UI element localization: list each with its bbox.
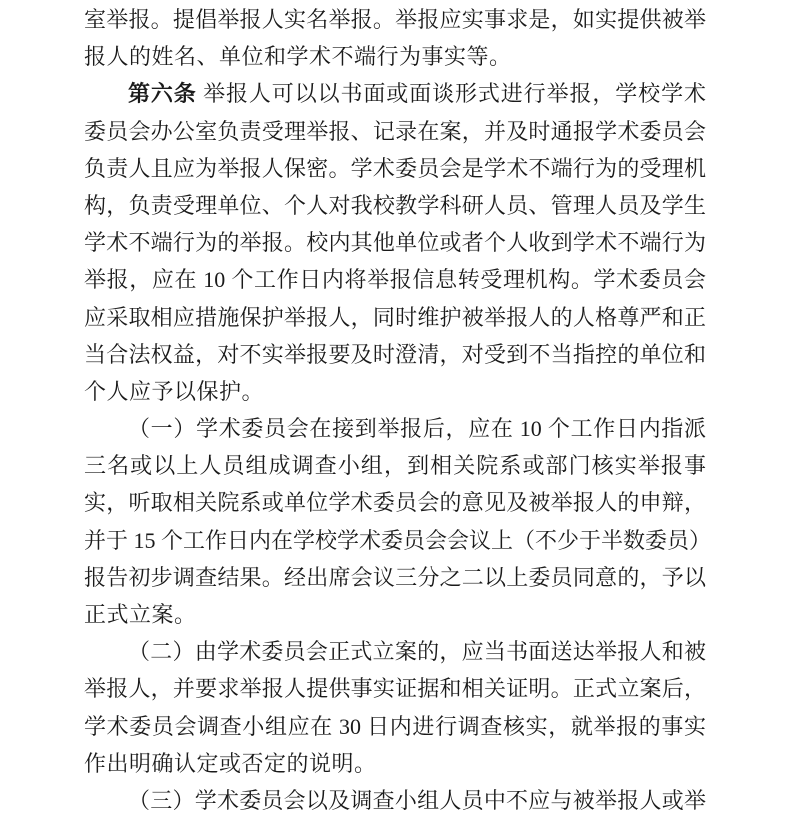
line-text: 应采取相应措施保护举报人，同时维护被举报人的人格尊严和正	[84, 305, 706, 330]
line-text: （二）由学术委员会正式立案的，应当书面送达举报人和被	[128, 639, 706, 664]
text-line: 学术不端行为的举报。校内其他单位或者个人收到学术不端行为	[84, 224, 706, 261]
text-line: 举报，应在 10 个工作日内将举报信息转受理机构。学术委员会	[84, 261, 706, 298]
line-text: 报告初步调查结果。经出席会议三分之二以上委员同意的，予以	[84, 565, 706, 590]
text-line: 室举报。提倡举报人实名举报。举报应实事求是，如实提供被举	[84, 1, 706, 38]
text-line: 实，听取相关院系或单位学术委员会的意见及被举报人的申辩，	[84, 484, 706, 521]
line-text: 学术不端行为的举报。校内其他单位或者个人收到学术不端行为	[84, 230, 706, 255]
line-text: 正式立案。	[84, 602, 197, 627]
text-line: 构，负责受理单位、个人对我校教学科研人员、管理人员及学生	[84, 187, 706, 224]
line-text: 学术委员会调查小组应在 30 日内进行调查核实，就举报的事实	[84, 714, 706, 739]
line-text: 实，听取相关院系或单位学术委员会的意见及被举报人的申辩，	[84, 490, 706, 515]
line-text: 室举报。提倡举报人实名举报。举报应实事求是，如实提供被举	[84, 7, 706, 32]
line-text: 报人的姓名、单位和学术不端行为事实等。	[84, 44, 512, 69]
text-line: 并于 15 个工作日内在学校学术委员会会议上（不少于半数委员）	[84, 522, 706, 559]
line-text: 三名或以上人员组成调查小组，到相关院系或部门核实举报事	[84, 453, 706, 478]
item-number: （三）	[128, 788, 195, 813]
line-text: 举报人，并要求举报人提供事实证据和相关证明。正式立案后，	[84, 676, 706, 701]
line-text: （一）学术委员会在接到举报后，应在 10 个工作日内指派	[128, 416, 706, 441]
text-line: 第六条 举报人可以以书面或面谈形式进行举报，学校学术	[84, 75, 706, 112]
document-page: 室举报。提倡举报人实名举报。举报应实事求是，如实提供被举报人的姓名、单位和学术不…	[0, 0, 788, 820]
text-line: （二）由学术委员会正式立案的，应当书面送达举报人和被	[84, 633, 706, 670]
text-line: 个人应予以保护。	[84, 373, 706, 410]
line-text: 委员会办公室负责受理举报、记录在案，并及时通报学术委员会	[84, 119, 706, 144]
line-text: 学术委员会以及调查小组人员中不应与被举报人或举	[195, 788, 706, 813]
text-line: 报告初步调查结果。经出席会议三分之二以上委员同意的，予以	[84, 559, 706, 596]
line-text: 举报，应在 10 个工作日内将举报信息转受理机构。学术委员会	[84, 267, 706, 292]
document-body: 室举报。提倡举报人实名举报。举报应实事求是，如实提供被举报人的姓名、单位和学术不…	[84, 0, 706, 819]
text-line: 学术委员会调查小组应在 30 日内进行调查核实，就举报的事实	[84, 708, 706, 745]
text-line: 负责人且应为举报人保密。学术委员会是学术不端行为的受理机	[84, 150, 706, 187]
text-line: 作出明确认定或否定的说明。	[84, 745, 706, 782]
line-text: 当合法权益，对不实举报要及时澄清，对受到不当指控的单位和	[84, 342, 706, 367]
text-line: 应采取相应措施保护举报人，同时维护被举报人的人格尊严和正	[84, 299, 706, 336]
text-line: 委员会办公室负责受理举报、记录在案，并及时通报学术委员会	[84, 113, 706, 150]
article-number: 第六条	[128, 81, 197, 106]
text-line: （一）学术委员会在接到举报后，应在 10 个工作日内指派	[84, 410, 706, 447]
line-text: 个人应予以保护。	[84, 379, 264, 404]
text-line: 当合法权益，对不实举报要及时澄清，对受到不当指控的单位和	[84, 336, 706, 373]
line-text: 构，负责受理单位、个人对我校教学科研人员、管理人员及学生	[84, 193, 706, 218]
line-text: 并于 15 个工作日内在学校学术委员会会议上（不少于半数委员）	[84, 528, 711, 553]
text-line: 报人的姓名、单位和学术不端行为事实等。	[84, 38, 706, 75]
line-text: 举报人可以以书面或面谈形式进行举报，学校学术	[197, 81, 706, 106]
text-line: 举报人，并要求举报人提供事实证据和相关证明。正式立案后，	[84, 670, 706, 707]
line-text: 作出明确认定或否定的说明。	[84, 751, 377, 776]
line-text: 负责人且应为举报人保密。学术委员会是学术不端行为的受理机	[84, 156, 706, 181]
text-line: （三）学术委员会以及调查小组人员中不应与被举报人或举	[84, 782, 706, 819]
text-line: 三名或以上人员组成调查小组，到相关院系或部门核实举报事	[84, 447, 706, 484]
text-line: 正式立案。	[84, 596, 706, 633]
